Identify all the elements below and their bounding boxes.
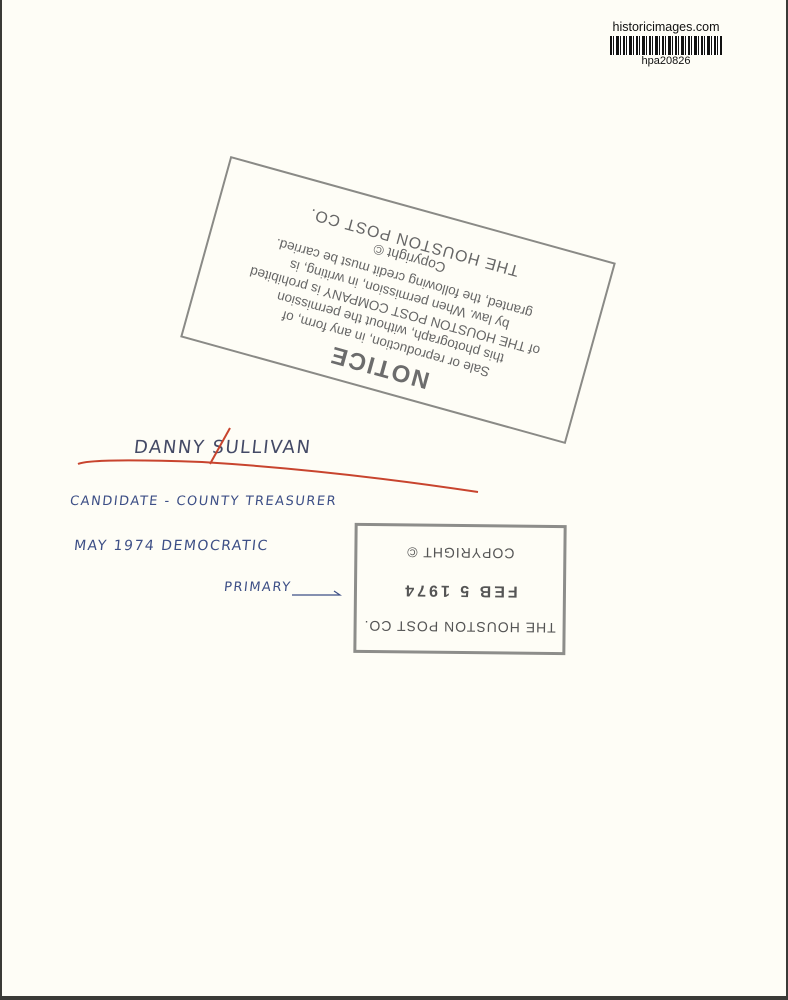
photo-back-paper: historicimages.com hpa20826 NOTICE Sale … <box>2 0 786 996</box>
barcode-icon <box>610 36 722 55</box>
handwritten-role: CANDIDATE - COUNTY TREASURER <box>69 494 338 509</box>
handwritten-event: MAY 1974 DEMOCRATIC <box>73 538 269 554</box>
copyright-date: FEB 5 1974 <box>357 580 563 600</box>
watermark: historicimages.com hpa20826 <box>606 20 726 68</box>
watermark-id: hpa20826 <box>606 55 726 68</box>
watermark-site: historicimages.com <box>606 20 726 34</box>
copyright-label: COPYRIGHT © <box>357 544 563 562</box>
notice-stamp: NOTICE Sale or reproduction, in any form… <box>180 156 616 444</box>
copyright-stamp: THE HOUSTON POST CO. FEB 5 1974 COPYRIGH… <box>353 523 566 655</box>
handwritten-event-cont: PRIMARY <box>223 580 292 595</box>
handwritten-name: DANNY SULLIVAN <box>133 437 313 458</box>
copyright-company: THE HOUSTON POST CO. <box>357 618 563 636</box>
